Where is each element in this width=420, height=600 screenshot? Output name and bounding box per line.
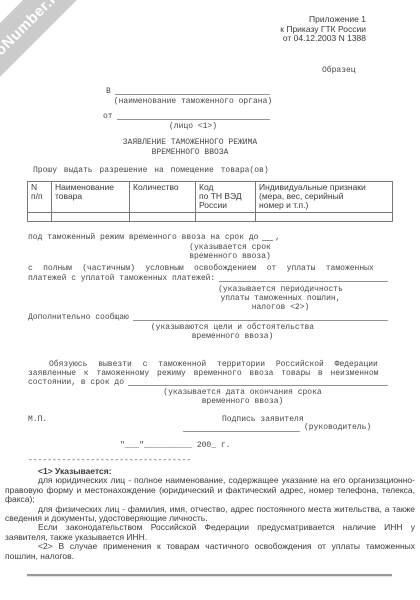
- additional-label: Дополнительно сообщаю: [28, 313, 129, 322]
- goods-table-header-row: N п/п Наименование товара Количество Код…: [28, 182, 393, 213]
- watermark-ribbon: NoNumber.ru: [0, 0, 109, 109]
- footnote-2: <2> В случае применения к товарам частич…: [5, 542, 415, 561]
- term-caption: (указывается срок временного ввоза): [140, 243, 320, 262]
- bottom-divider: [27, 574, 392, 577]
- stamp-place-label: М.П.: [28, 415, 47, 424]
- from-field: от: [103, 112, 272, 121]
- header-cell-number: N п/п: [28, 182, 52, 213]
- obligation-blank-line: [128, 378, 388, 386]
- obligation-line-1: Обязуюсь вывезти с таможенной территории…: [28, 360, 394, 369]
- to-blank-line: [115, 87, 270, 95]
- from-blank-line: [117, 112, 270, 120]
- empty-cell: [28, 212, 52, 221]
- signature-blank-line: [183, 424, 300, 432]
- to-caption: (наименование таможенного органа): [113, 97, 273, 106]
- to-field: В: [106, 87, 272, 96]
- exemption-line-2: платежей с уплатой таможенных платежей:: [28, 274, 390, 283]
- exemption-blank-line: [219, 274, 388, 282]
- empty-cell: [52, 212, 130, 221]
- footnote-separator: ----------------------------------: [28, 456, 191, 465]
- document-title: ЗАЯВЛЕНИЕ ТАМОЖЕННОГО РЕЖИМА ВРЕМЕННОГО …: [28, 138, 352, 157]
- appendix-line-3: от 04.12.2003 N 1388: [280, 34, 366, 44]
- title-line-2: ВРЕМЕННОГО ВВОЗА: [28, 148, 352, 158]
- document-page: NoNumber.ru Приложение 1 к Приказу ГТК Р…: [0, 0, 420, 600]
- signature-line: (руководитель): [183, 423, 371, 432]
- footnote-1-item-legal: для юридических лиц - полное наименовани…: [5, 476, 415, 504]
- signature-role: (руководитель): [304, 423, 371, 432]
- obligation-text: состоянии, в срок до: [28, 378, 124, 387]
- title-line-1: ЗАЯВЛЕНИЕ ТАМОЖЕННОГО РЕЖИМА: [28, 138, 352, 148]
- goods-table-empty-row: [28, 212, 393, 221]
- footnote-1-item-inn: Если законодательством Российской Федера…: [5, 523, 415, 542]
- header-cell-quantity: Количество: [130, 182, 196, 213]
- footnote-1-item-individual: для физических лиц - фамилия, имя, отчес…: [5, 505, 415, 524]
- exemption-caption: (указывается периодичность уплаты таможе…: [178, 285, 383, 313]
- empty-cell: [130, 212, 196, 221]
- empty-cell: [256, 212, 393, 221]
- header-cell-code: Код по ТН ВЭД России: [196, 182, 256, 213]
- date-line: "___"__________ 200_ г.: [120, 441, 230, 450]
- additional-caption: (указываются цели и обстоятельства време…: [140, 323, 325, 342]
- from-prefix: от: [103, 112, 113, 121]
- watermark-text: NoNumber.ru: [0, 0, 67, 67]
- to-prefix: В: [106, 87, 111, 96]
- header-cell-name: Наименование товара: [52, 182, 130, 213]
- header-cell-attributes: Индивидуальные признаки (мера, вес, сери…: [256, 182, 393, 213]
- obligation-caption: (указывается дата окончания срока времен…: [150, 388, 335, 407]
- obligation-line-2: заявленные к таможенному режиму временно…: [28, 369, 394, 378]
- exemption-line-1: с полным (частичным) условным освобожден…: [28, 264, 394, 273]
- term-comma: ,: [275, 233, 280, 242]
- obligation-line-3: состоянии, в срок до: [28, 378, 390, 387]
- term-line: под таможенный режим временного ввоза на…: [28, 233, 280, 242]
- appendix-note: Приложение 1 к Приказу ГТК России от 04.…: [280, 15, 366, 44]
- from-caption: (лицо <1>): [113, 122, 273, 131]
- exemption-text: платежей с уплатой таможенных платежей:: [28, 274, 215, 283]
- goods-table: N п/п Наименование товара Количество Код…: [27, 181, 393, 222]
- term-blank-line: [262, 233, 273, 241]
- footnotes: <1> Указывается: для юридических лиц - п…: [5, 467, 415, 561]
- empty-cell: [196, 212, 256, 221]
- additional-blank-line: [133, 313, 388, 321]
- intro-line: Прошу выдать разрешение на помещение тов…: [33, 166, 269, 175]
- term-text: под таможенный режим временного ввоза на…: [28, 233, 258, 242]
- additional-line: Дополнительно сообщаю: [28, 313, 390, 322]
- sample-label: Образец: [322, 66, 356, 75]
